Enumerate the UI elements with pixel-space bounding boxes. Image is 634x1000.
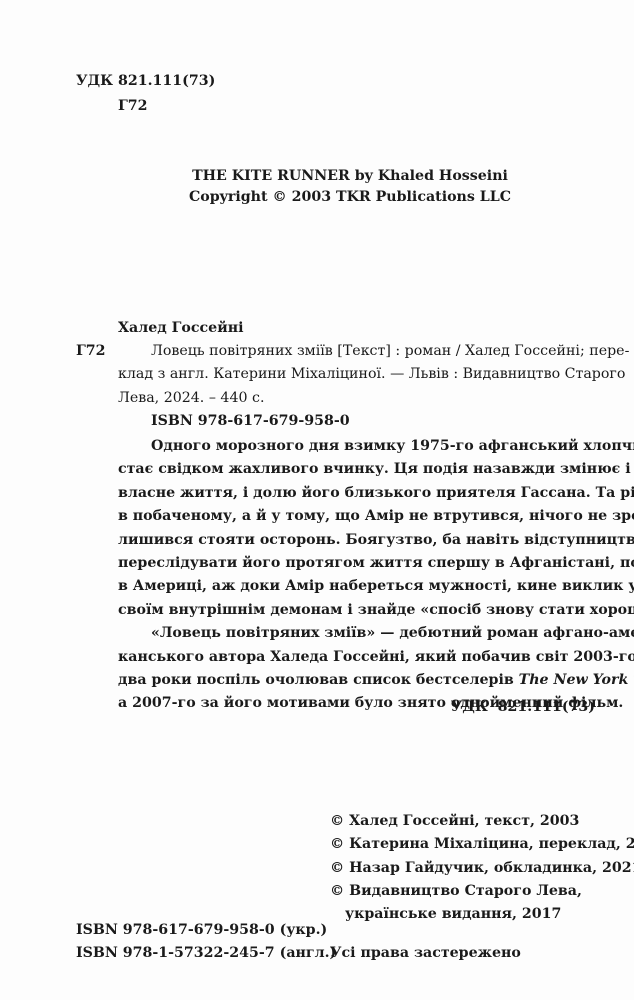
annotation-line: власне життя, і долю його близького прия… <box>118 482 596 505</box>
catalog-line: Лева, 2024. – 440 с. <box>118 387 598 410</box>
author-sign: Г72 <box>118 95 148 118</box>
catalog-author-sign: Г72 <box>76 340 106 363</box>
copyright-line: © Катерина Міхаліцина, переклад, 2017 <box>330 833 634 856</box>
catalog-line: Ловець повітряних зміїв [Текст] : роман … <box>118 340 598 363</box>
udk-code: 821.111(73) <box>118 70 215 93</box>
copyrights-block: © Халед Госсейні, текст, 2003 © Катерина… <box>330 810 634 926</box>
annotation-line: своїм внутрішнім демонам і знайде «спосі… <box>118 599 596 622</box>
udk-bottom: УДК 821.111(73) <box>451 696 595 719</box>
annotation: Одного морозного дня взимку 1975-го афга… <box>118 435 596 716</box>
annotation-line: стає свідком жахливого вчинку. Ця подія … <box>118 458 596 481</box>
isbn-ukrainian: ISBN 978-617-679-958-0 (укр.) <box>76 919 327 942</box>
catalog-line: клад з англ. Катерини Міхаліциної. — Льв… <box>118 363 598 386</box>
annotation-line: два роки поспіль очолював список бестсел… <box>118 669 596 692</box>
annotation-line: «Ловець повітряних зміїв» — дебютний ром… <box>118 622 596 645</box>
original-edition-block: THE KITE RUNNER by Khaled Hosseini Copyr… <box>0 166 634 208</box>
annotation-line: Одного морозного дня взимку 1975-го афга… <box>118 435 596 458</box>
original-title-line: THE KITE RUNNER by Khaled Hosseini <box>0 166 634 187</box>
catalog-isbn: ISBN 978-617-679-958-0 <box>151 410 350 433</box>
annotation-line: переслідувати його протягом життя спершу… <box>118 552 596 575</box>
copyright-line: © Видавництво Старого Лева, <box>330 880 634 903</box>
udk-label: УДК <box>76 70 113 93</box>
annotation-line: лишився стояти осторонь. Боягузтво, ба н… <box>118 529 596 552</box>
copyright-line: © Назар Гайдучик, обкладинка, 2021 <box>330 857 634 880</box>
newspaper-title: The New York Times <box>519 672 634 688</box>
isbn-english: ISBN 978-1-57322-245-7 (англ.) <box>76 942 336 965</box>
copyright-line: українське видання, 2017 <box>330 903 634 926</box>
annotation-line: в Америці, аж доки Амір набереться мужно… <box>118 575 596 598</box>
catalog-description: Ловець повітряних зміїв [Текст] : роман … <box>118 340 598 410</box>
annotation-line: канського автора Халеда Госсейні, який п… <box>118 646 596 669</box>
original-copyright-line: Copyright © 2003 TKR Publications LLC <box>0 187 634 208</box>
catalog-author: Халед Госсейні <box>118 317 244 340</box>
rights-reserved: Усі права застережено <box>330 942 521 965</box>
annotation-text: два роки поспіль очолював список бестсел… <box>118 672 519 688</box>
copyright-line: © Халед Госсейні, текст, 2003 <box>330 810 634 833</box>
annotation-line: в побаченому, а й у тому, що Амір не втр… <box>118 505 596 528</box>
